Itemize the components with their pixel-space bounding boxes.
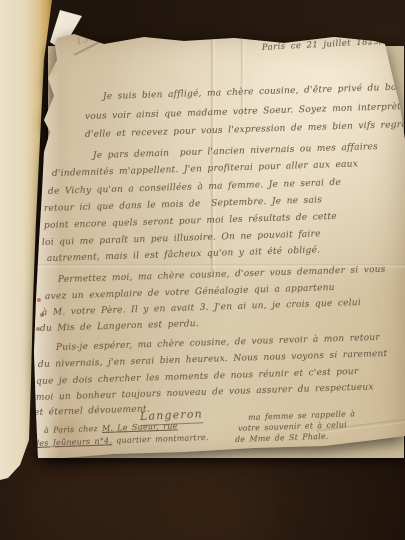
letter-line: Je pars demain pour l'ancien nivernais o… [93,142,378,161]
address-line1-underlined: M. Le Sueur, rue [102,421,178,433]
letter-line: d'elle et recevez pour vous l'expression… [85,120,405,141]
address-line1-prefix: à Paris chez [44,424,102,435]
address-line2-suffix: quartier montmartre. [112,433,209,445]
letter-line: autrement, mais il est fâcheux qu'on y a… [47,245,321,264]
address-line-2: des Jeûneurs n°4. quartier montmartre. [34,433,209,448]
letter-line: loi qui me paraît un peu illusoire. On n… [42,229,321,248]
handwriting-layer: 1329 Paris ce 21 juillet 1825/ Je suis b… [34,32,405,460]
letter-line: et éternel dévouement. [34,404,150,418]
letter-line: à M. votre Père. Il y en avait 3. J'en a… [42,298,361,318]
postscript-line: de Mme de St Phale. [235,432,329,444]
letter-line: Permettez moi, ma chère cousine, d'oser … [58,265,386,286]
date-line: Paris ce 21 juillet 1825/ [262,38,383,54]
letter-line: du Mis de Langeron est perdu. [40,319,199,334]
address-line2-underlined: des Jeûneurs n°4. [34,436,112,448]
address-line-1: à Paris chez M. Le Sueur, rue [44,421,178,435]
letter-sheet: 1329 Paris ce 21 juillet 1825/ Je suis b… [34,32,405,460]
photograph-of-manuscript-letter: 1329 Paris ce 21 juillet 1825/ Je suis b… [0,0,405,540]
letter-line: point encore quels seront pour moi les r… [44,212,337,232]
letter-line: de Vichy qu'on a conseillées à ma femme.… [48,178,341,198]
postscript-line: votre souvenir et à celui [238,420,347,433]
letter-line: Je suis bien affligé, ma chère cousine, … [103,81,405,102]
letter-line: d'indemnités m'appellent. J'en profitera… [52,159,358,179]
letter-line: vous voir ainsi que madame votre Soeur. … [85,101,405,123]
letter-line: retour ici que dans le mois de Septembre… [44,195,322,214]
